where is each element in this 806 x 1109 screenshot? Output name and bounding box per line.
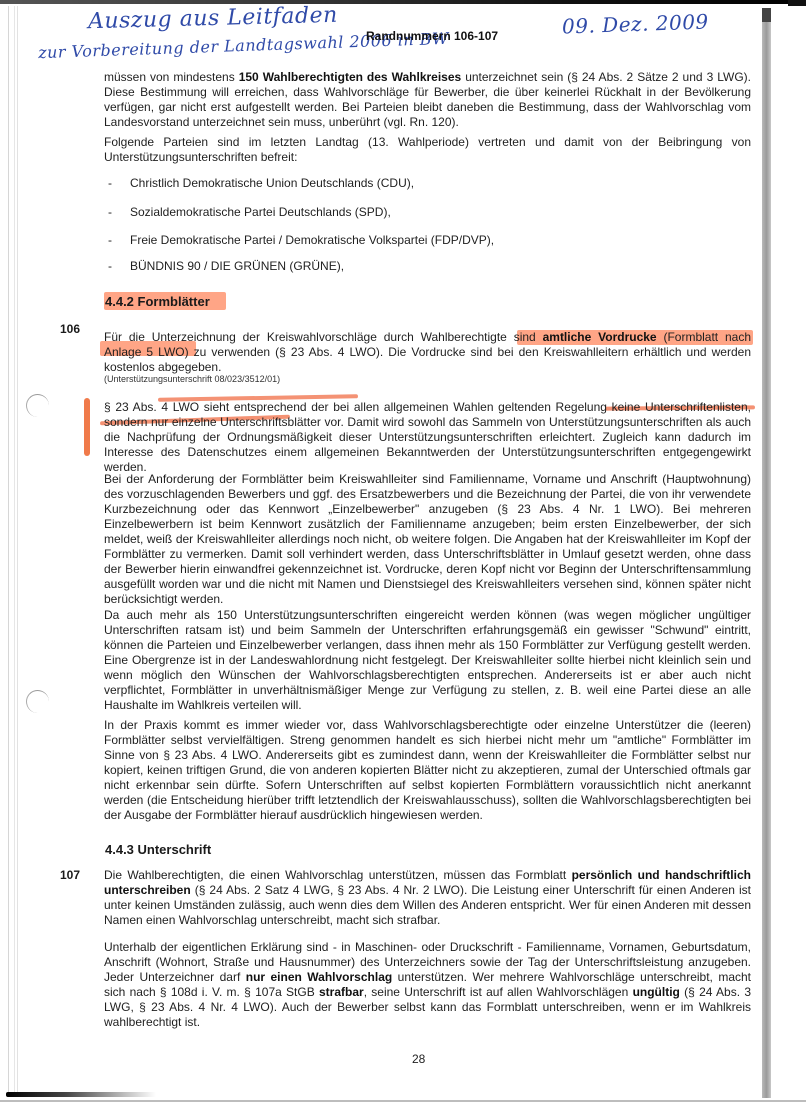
section-442-paragraph-5: In der Praxis kommt es immer wieder vor,… <box>104 718 751 823</box>
list-dash: - <box>108 233 130 247</box>
party-name: Sozialdemokratische Partei Deutschlands … <box>130 205 391 219</box>
scan-bottom-edge <box>0 1100 806 1102</box>
list-dash: - <box>108 176 130 190</box>
scan-right-shadow <box>762 8 771 1098</box>
handwritten-date: 09. Dez. 2009 <box>562 9 709 38</box>
intro-paragraph-1: müssen von mindestens 150 Wahlberechtigt… <box>104 70 751 130</box>
bold-text-run: strafbar <box>319 985 364 999</box>
section-443-paragraph-2: Unterhalb der eigentlichen Erklärung sin… <box>104 940 751 1030</box>
list-item-party: -Sozialdemokratische Partei Deutschlands… <box>108 205 391 219</box>
text-run: müssen von mindestens <box>104 70 239 84</box>
running-head: Randnummern 106-107 <box>366 29 498 43</box>
page-number: 28 <box>412 1052 425 1066</box>
margin-marker-bar <box>84 398 90 456</box>
binder-margin-line <box>14 6 15 1096</box>
scan-bottom-smudge <box>6 1092 156 1097</box>
text-run: , seine Unterschrift ist auf allen Wahlv… <box>364 985 633 999</box>
section-442-paragraph-3: Bei der Anforderung der Formblätter beim… <box>104 472 751 607</box>
punch-hole-icon <box>26 394 49 417</box>
handwritten-note-title: Auszug aus Leitfaden <box>88 3 338 35</box>
margin-number-107: 107 <box>60 868 80 882</box>
binder-margin-line <box>8 6 18 1096</box>
bold-text-run: ungültig <box>633 985 680 999</box>
party-name: BÜNDNIS 90 / DIE GRÜNEN (GRÜNE), <box>130 259 344 273</box>
form-reference-note: (Unterstützungsunterschrift 08/023/3512/… <box>104 374 280 384</box>
party-name: Freie Demokratische Partei / Demokratisc… <box>130 233 494 247</box>
list-dash: - <box>108 205 130 219</box>
section-heading-442: 4.4.2 Formblätter <box>105 294 210 309</box>
margin-number-106: 106 <box>60 322 80 336</box>
list-dash: - <box>108 259 130 273</box>
bold-text-run: nur einen Wahlvorschlag <box>246 970 392 984</box>
section-442-paragraph-4: Da auch mehr als 150 Unterstützungsunter… <box>104 608 751 713</box>
intro-paragraph-2: Folgende Parteien sind im letzten Landta… <box>104 135 751 165</box>
section-heading-443: 4.4.3 Unterschrift <box>105 842 211 857</box>
party-name: Christlich Demokratische Union Deutschla… <box>130 176 414 190</box>
section-442-paragraph-1: Für die Unterzeichnung der Kreiswahlvors… <box>104 330 751 375</box>
text-run: Für die Unterzeichnung der Kreiswahlvors… <box>104 330 543 344</box>
list-item-party: -Freie Demokratische Partei / Demokratis… <box>108 233 494 247</box>
text-run: Die Wahlberechtigten, die einen Wahlvors… <box>104 868 572 882</box>
punch-hole-icon <box>26 690 49 713</box>
list-item-party: -Christlich Demokratische Union Deutschl… <box>108 176 414 190</box>
scan-top-edge <box>0 0 806 4</box>
text-run: (§ 24 Abs. 2 Satz 4 LWG, § 23 Abs. 4 Nr.… <box>104 883 751 927</box>
section-442-paragraph-2: § 23 Abs. 4 LWO sieht entsprechend der b… <box>104 400 751 475</box>
section-443-paragraph-1: Die Wahlberechtigten, die einen Wahlvors… <box>104 868 751 928</box>
bold-text-run: amtliche Vordrucke <box>543 330 657 344</box>
scan-corner-mark <box>788 0 806 6</box>
list-item-party: -BÜNDNIS 90 / DIE GRÜNEN (GRÜNE), <box>108 259 344 273</box>
bold-text-run: 150 Wahlberechtigten des Wahlkreises <box>239 70 462 84</box>
